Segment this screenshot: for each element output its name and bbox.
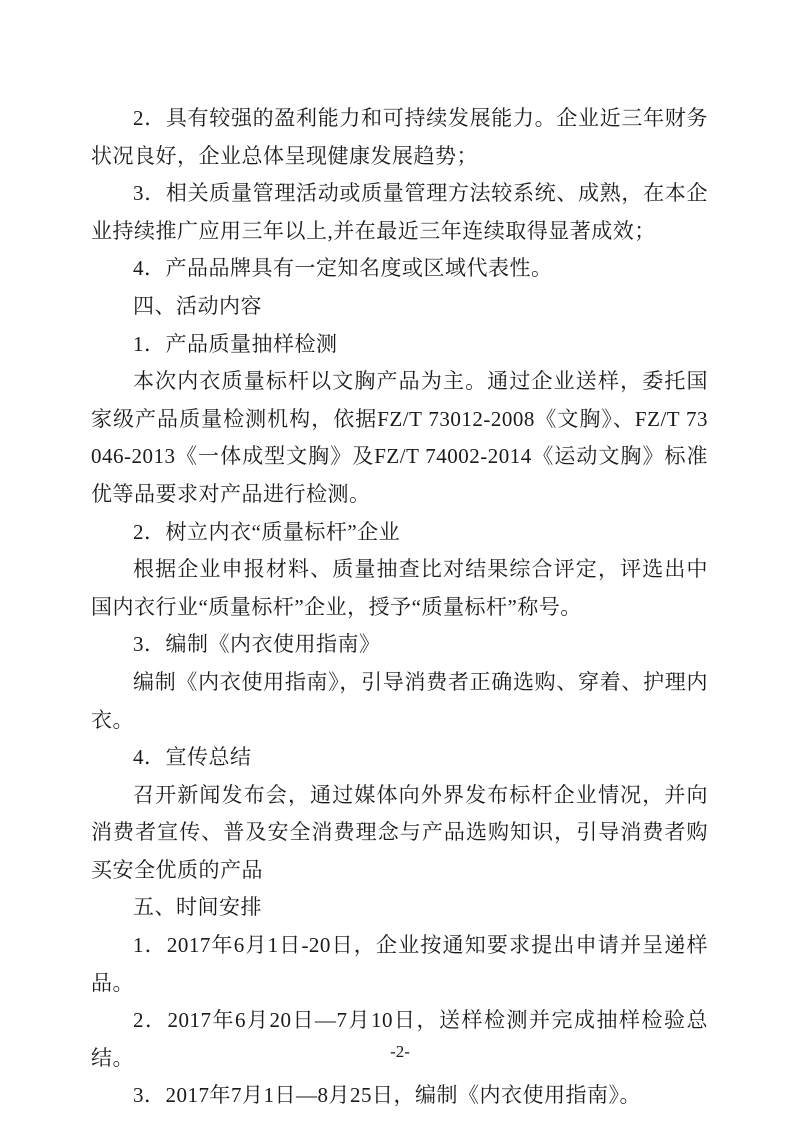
schedule-item-3: 3．2017年7月1日—8月25日，编制《内衣使用指南》。 (91, 1077, 708, 1115)
activity-3-heading: 3．编制《内衣使用指南》 (91, 626, 708, 664)
activity-2-heading: 2．树立内衣“质量标杆”企业 (91, 514, 708, 552)
section-heading-schedule: 五、时间安排 (91, 889, 708, 927)
activity-4-heading: 4．宣传总结 (91, 739, 708, 777)
document-page: 2．具有较强的盈利能力和可持续发展能力。企业近三年财务状况良好，企业总体呈现健康… (0, 0, 800, 1131)
section-heading-activity-content: 四、活动内容 (91, 288, 708, 326)
activity-4-body: 召开新闻发布会，通过媒体向外界发布标杆企业情况，并向消费者宣传、普及安全消费理念… (91, 777, 708, 890)
document-body: 2．具有较强的盈利能力和可持续发展能力。企业近三年财务状况良好，企业总体呈现健康… (91, 100, 708, 1115)
activity-1-heading: 1．产品质量抽样检测 (91, 326, 708, 364)
criteria-item-3: 3．相关质量管理活动或质量管理方法较系统、成熟，在本企业持续推广应用三年以上,并… (91, 175, 708, 250)
criteria-item-4: 4．产品品牌具有一定知名度或区域代表性。 (91, 250, 708, 288)
criteria-item-2: 2．具有较强的盈利能力和可持续发展能力。企业近三年财务状况良好，企业总体呈现健康… (91, 100, 708, 175)
activity-2-body: 根据企业申报材料、质量抽查比对结果综合评定，评选出中国内衣行业“质量标杆”企业，… (91, 551, 708, 626)
page-number: -2- (0, 1040, 800, 1064)
schedule-item-1: 1．2017年6月1日-20日，企业按通知要求提出申请并呈递样品。 (91, 927, 708, 1002)
activity-3-body: 编制《内衣使用指南》，引导消费者正确选购、穿着、护理内衣。 (91, 664, 708, 739)
activity-1-body: 本次内衣质量标杆以文胸产品为主。通过企业送样，委托国家级产品质量检测机构，依据F… (91, 363, 708, 513)
